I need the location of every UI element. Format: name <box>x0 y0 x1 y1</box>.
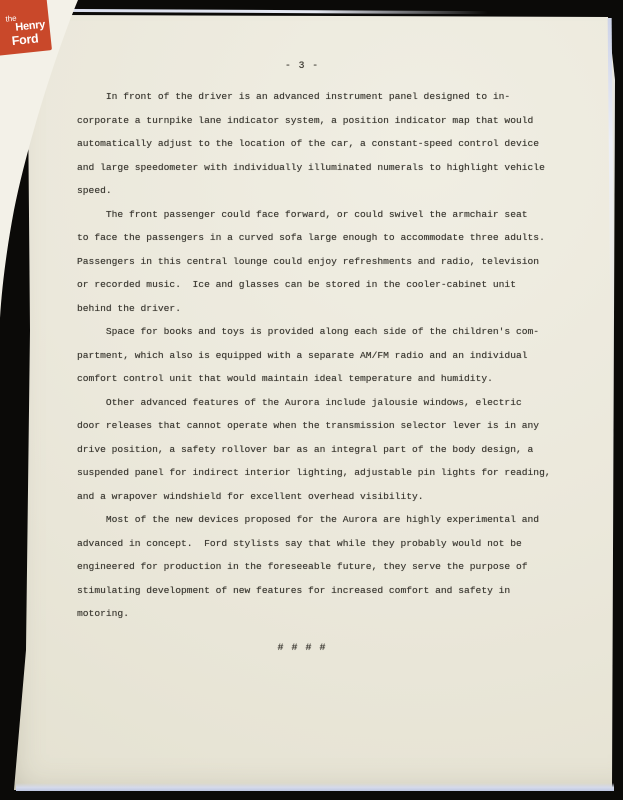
henry-ford-logo: the Henry Ford <box>0 0 52 56</box>
scan-background: - 3 - In front of the driver is an advan… <box>0 0 623 800</box>
paragraph-childrens-compartment: Space for books and toys is provided alo… <box>77 320 577 391</box>
under-sheet-top-edge <box>58 9 488 14</box>
paragraph-experimental-devices: Most of the new devices proposed for the… <box>77 508 577 626</box>
paragraph-front-passenger: The front passenger could face forward, … <box>77 203 577 321</box>
logo-ford-label: Ford <box>11 31 51 48</box>
end-marker: # # # # <box>63 643 541 654</box>
under-sheet-bottom-edge <box>16 783 614 791</box>
document-page: - 3 - In front of the driver is an advan… <box>12 13 617 790</box>
page-number: - 3 - <box>63 60 541 71</box>
document-body: In front of the driver is an advanced in… <box>77 85 577 626</box>
paragraph-instrument-panel: In front of the driver is an advanced in… <box>77 85 577 203</box>
paragraph-advanced-features: Other advanced features of the Aurora in… <box>77 391 577 509</box>
